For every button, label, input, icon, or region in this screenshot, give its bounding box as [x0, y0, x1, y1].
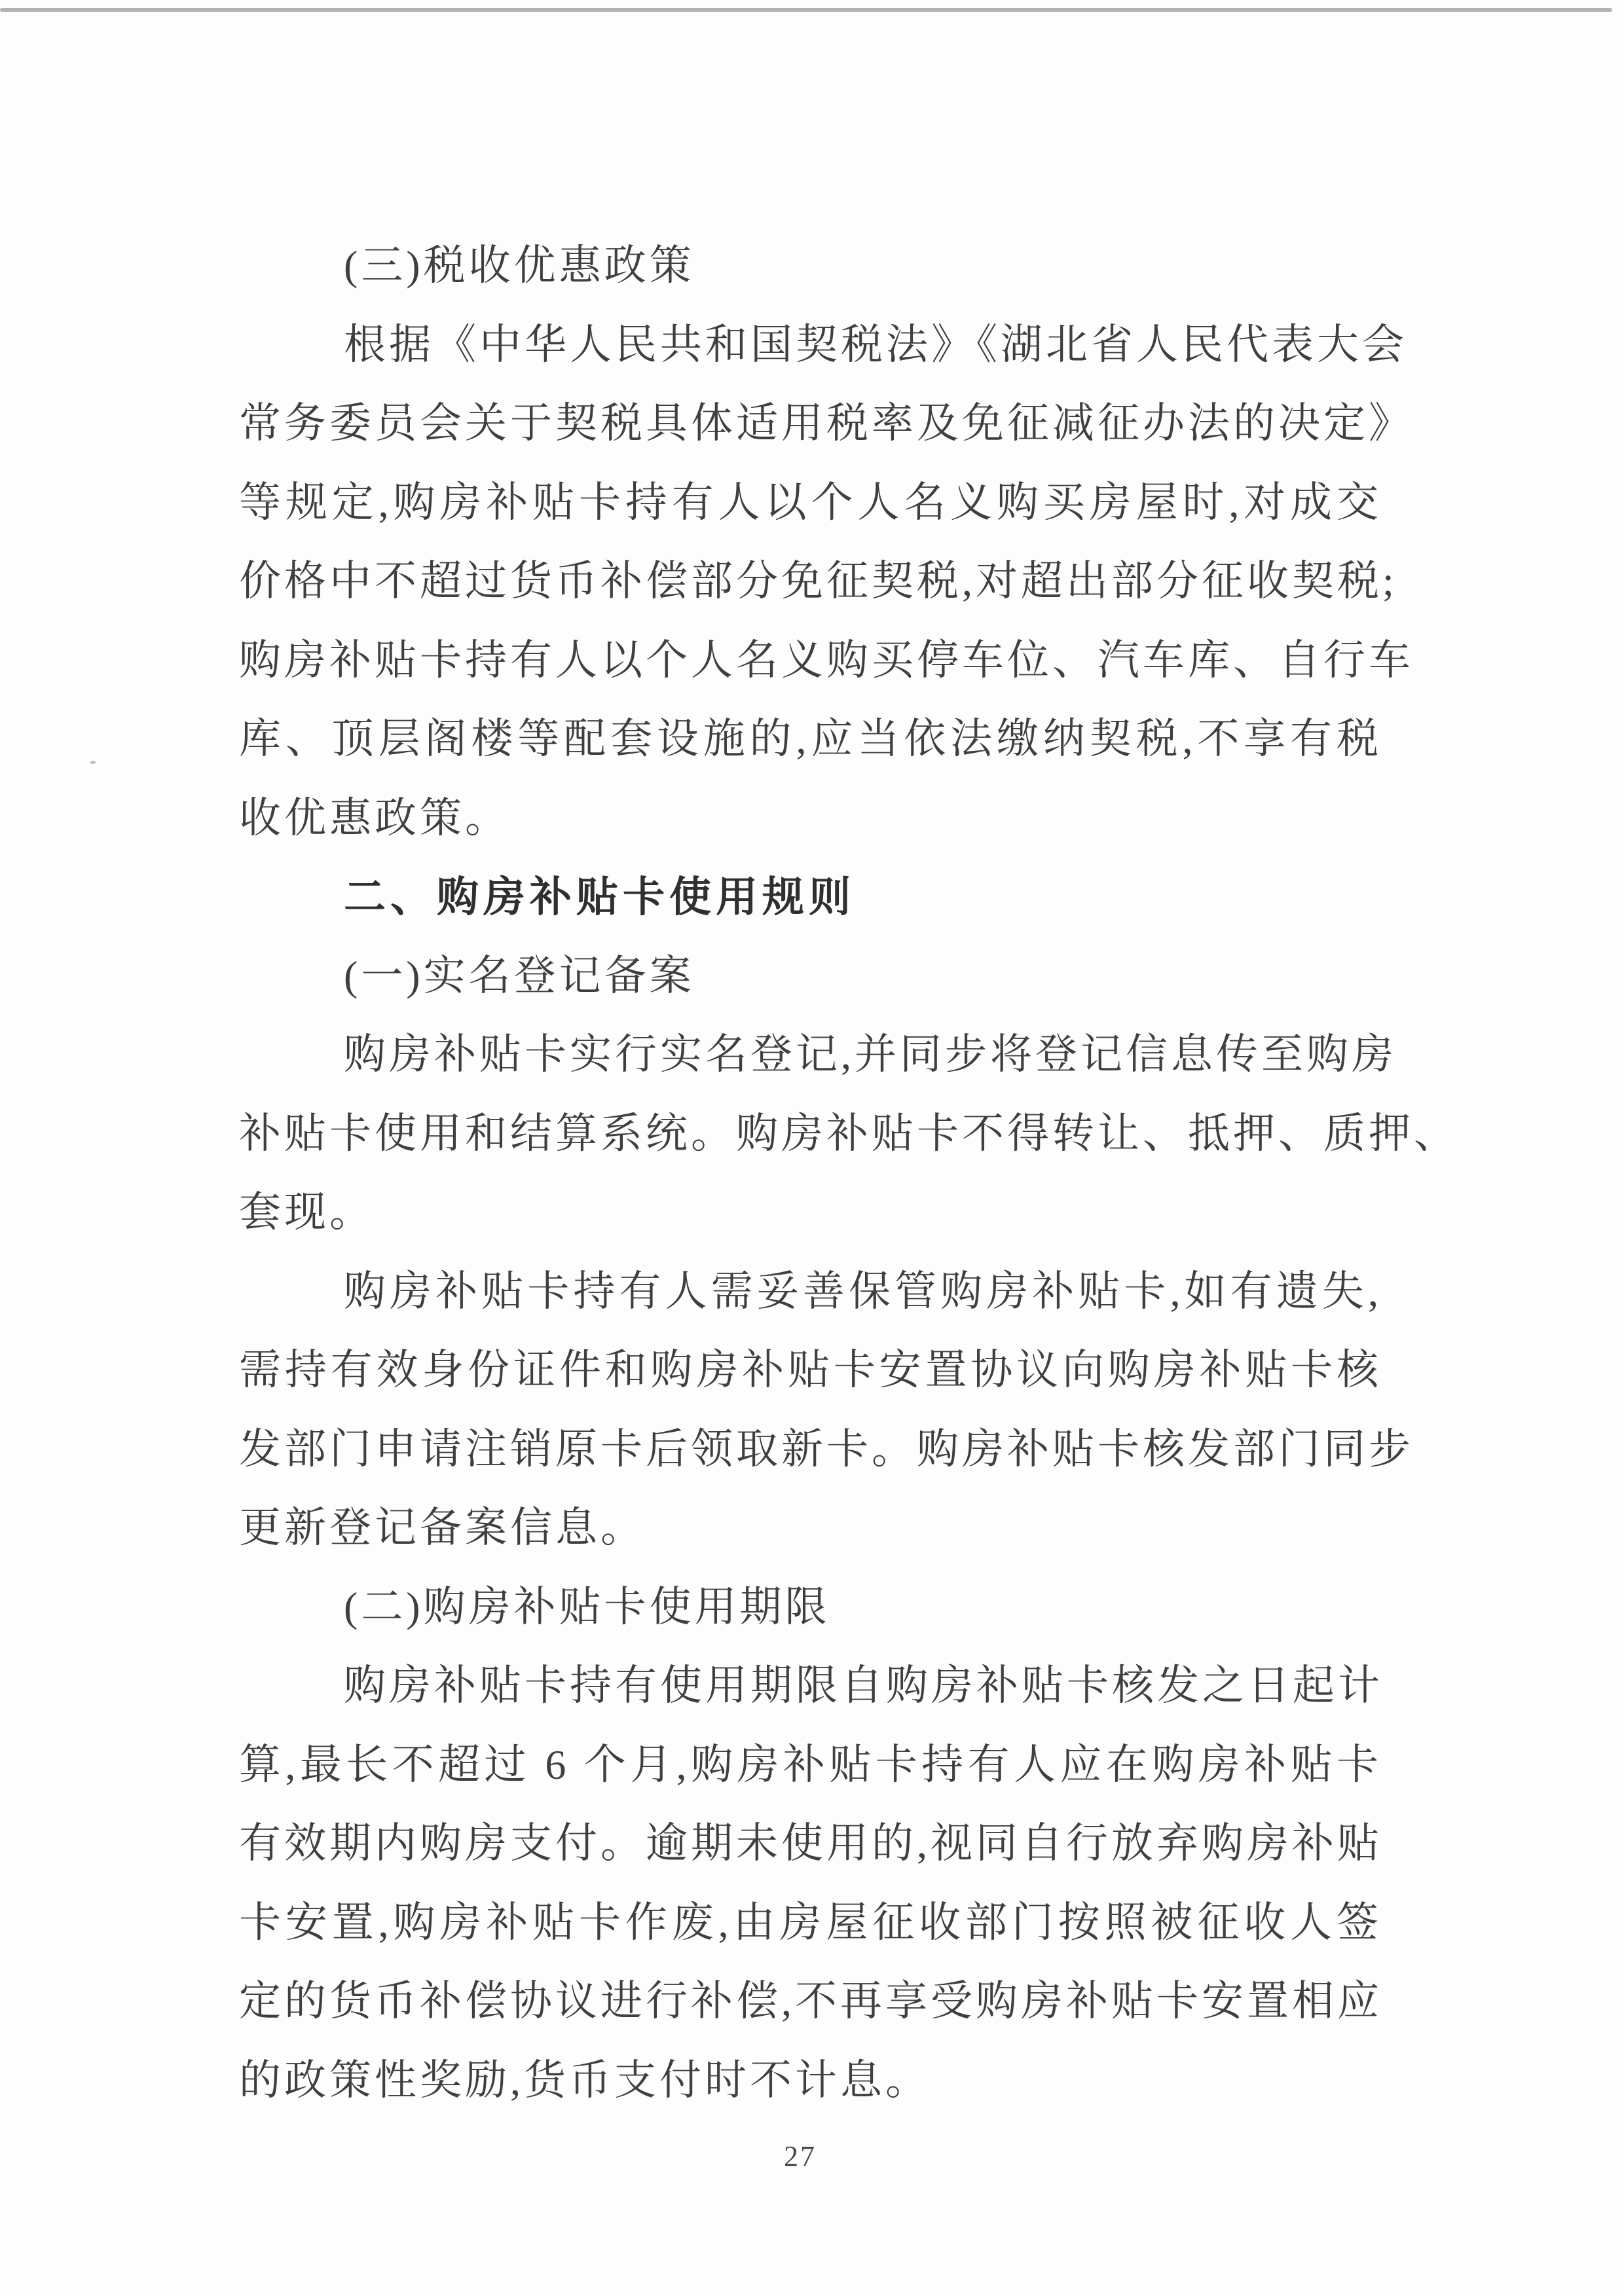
body-line: 库、顶层阁楼等配套设施的,应当依法缴纳契税,不享有税 [239, 700, 1382, 779]
body-line: 收优惠政策。 [239, 779, 1382, 858]
subsection-heading: (三)税收优惠政策 [239, 227, 1382, 306]
body-line: 算,最长不超过 6 个月,购房补贴卡持有人应在购房补贴卡 [239, 1726, 1382, 1805]
body-line: 的政策性奖励,货币支付时不计息。 [239, 2041, 1382, 2121]
section-heading: 二、购房补贴卡使用规则 [239, 858, 1382, 937]
document-body: (三)税收优惠政策 根据《中华人民共和国契税法》《湖北省人民代表大会 常务委员会… [239, 227, 1382, 2120]
body-line: 价格中不超过货币补偿部分免征契税,对超出部分征收契税; [239, 542, 1382, 621]
body-line: 等规定,购房补贴卡持有人以个人名义购买房屋时,对成交 [239, 464, 1382, 543]
body-line: 购房补贴卡持有人需妥善保管购房补贴卡,如有遗失, [239, 1252, 1382, 1332]
body-line: 发部门申请注销原卡后领取新卡。购房补贴卡核发部门同步 [239, 1410, 1382, 1489]
body-line: 根据《中华人民共和国契税法》《湖北省人民代表大会 [239, 306, 1382, 385]
body-line: 购房补贴卡持有人以个人名义购买停车位、汽车库、自行车 [239, 621, 1382, 701]
body-line: 需持有效身份证件和购房补贴卡安置协议向购房补贴卡核 [239, 1331, 1382, 1410]
page-number: 27 [0, 2140, 1600, 2173]
scan-artifact-line [0, 8, 1612, 12]
body-line: 常务委员会关于契税具体适用税率及免征减征办法的决定》 [239, 384, 1382, 464]
body-line: 更新登记备案信息。 [239, 1489, 1382, 1568]
body-line: 定的货币补偿协议进行补偿,不再享受购房补贴卡安置相应 [239, 1962, 1382, 2041]
body-line: 购房补贴卡持有使用期限自购房补贴卡核发之日起计 [239, 1647, 1382, 1726]
body-line: 卡安置,购房补贴卡作废,由房屋征收部门按照被征收人签 [239, 1884, 1382, 1963]
subsection-heading: (一)实名登记备案 [239, 937, 1382, 1016]
body-line: 补贴卡使用和结算系统。购房补贴卡不得转让、抵押、质押、 [239, 1095, 1382, 1174]
subsection-heading: (二)购房补贴卡使用期限 [239, 1568, 1382, 1647]
body-line: 购房补贴卡实行实名登记,并同步将登记信息传至购房 [239, 1015, 1382, 1095]
body-line: 有效期内购房支付。逾期未使用的,视同自行放弃购房补贴 [239, 1804, 1382, 1884]
scan-artifact-speck [90, 761, 96, 764]
body-line: 套现。 [239, 1173, 1382, 1252]
document-page: (三)税收优惠政策 根据《中华人民共和国契税法》《湖北省人民代表大会 常务委员会… [0, 0, 1624, 2296]
